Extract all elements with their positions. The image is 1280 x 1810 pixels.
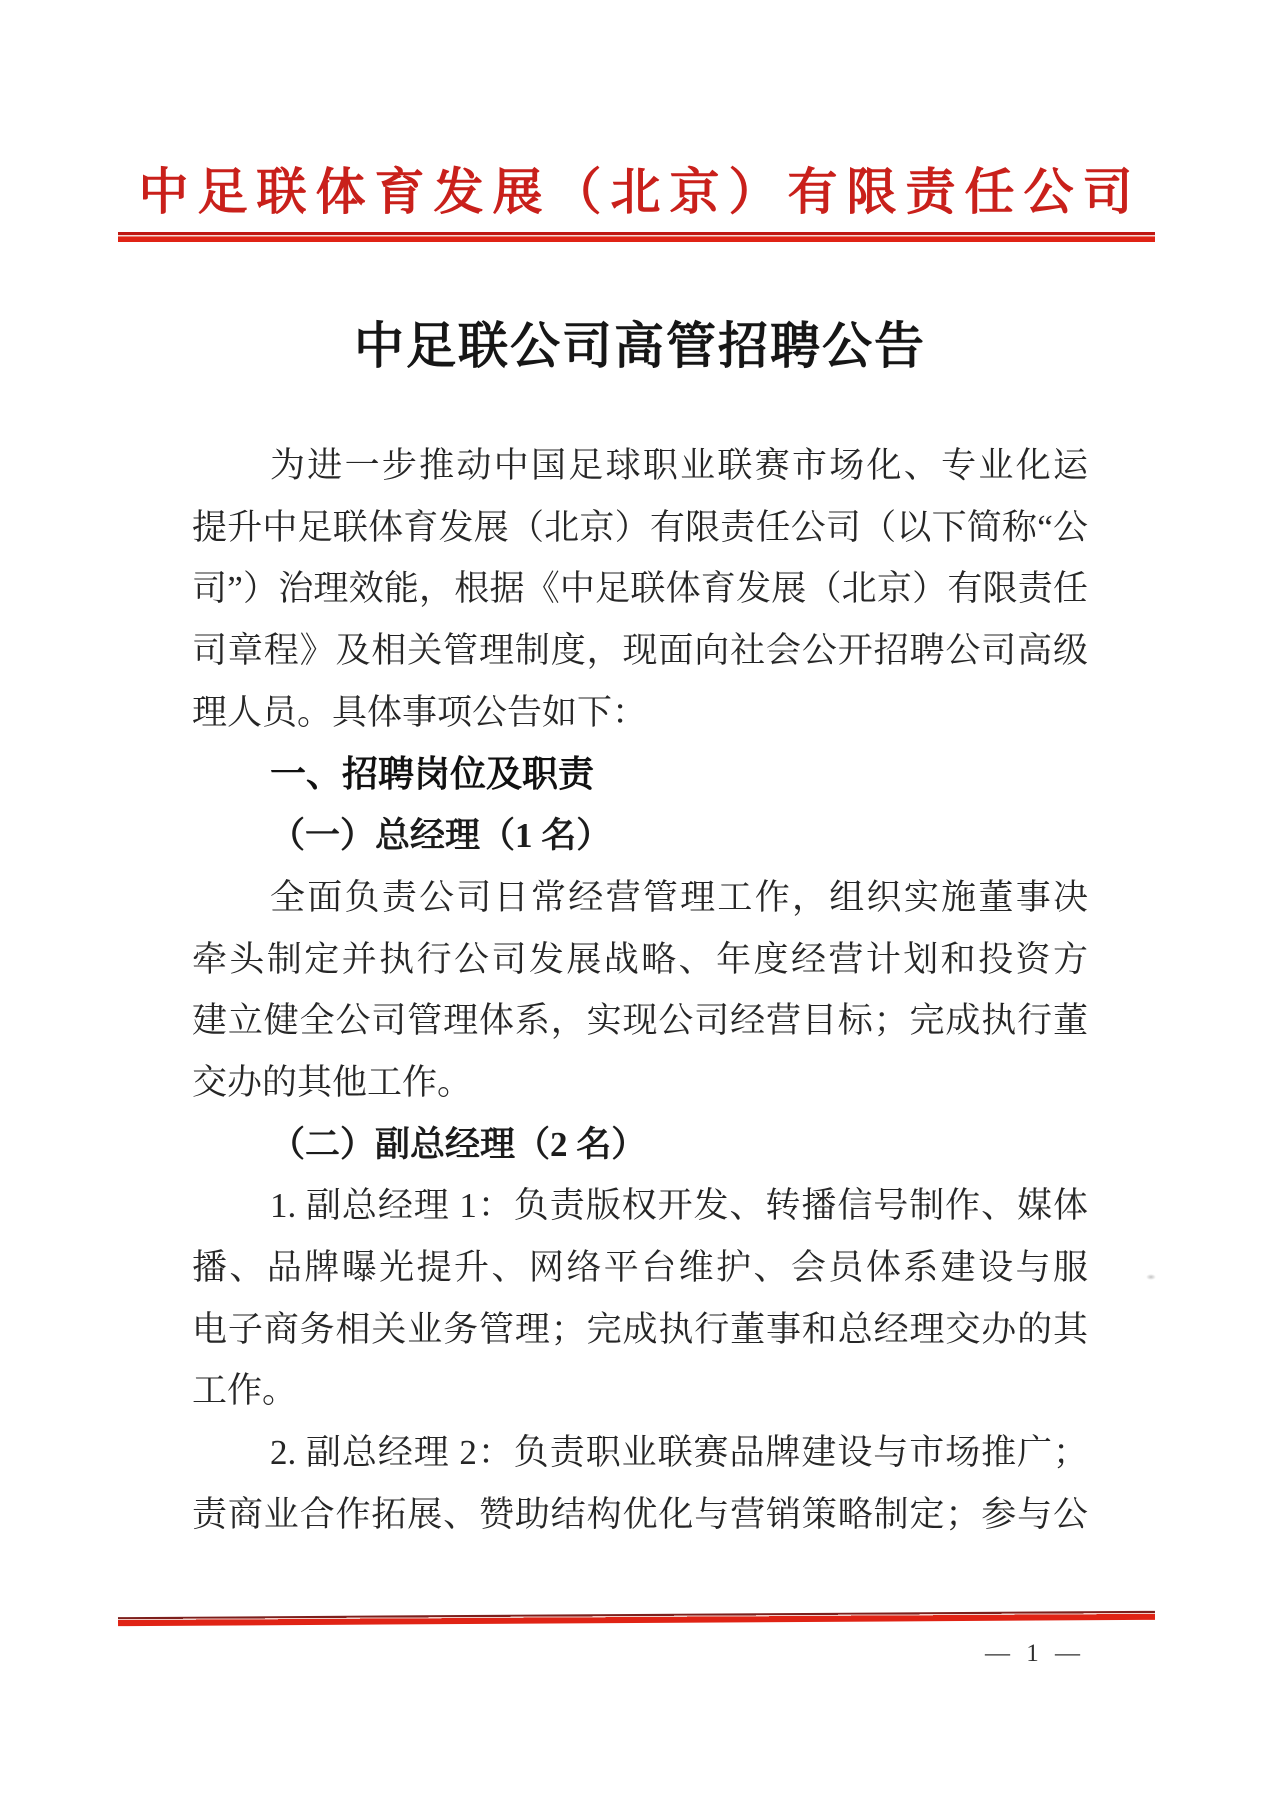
letterhead-red-rule: [118, 232, 1155, 242]
body-line: 责商业合作拓展、赞助结构优化与营销策略制定；参与公司: [192, 1484, 1088, 1546]
body-line: 建立健全公司管理体系，实现公司经营目标；完成执行董事: [192, 990, 1088, 1052]
body-line: 工作。: [192, 1360, 1088, 1422]
body-line: 2. 副总经理 2：负责职业联赛品牌建设与市场推广；负: [192, 1422, 1088, 1484]
body-line: 理人员。具体事项公告如下：: [192, 682, 1088, 744]
document-title: 中足联公司高管招聘公告: [0, 306, 1280, 378]
body-line: 交办的其他工作。: [192, 1052, 1088, 1114]
body-line: 为进一步推动中国足球职业联赛市场化、专业化运营，: [192, 435, 1088, 497]
body-line: 司”）治理效能，根据《中足联体育发展（北京）有限责任公: [192, 558, 1088, 620]
body-line: 播、品牌曝光提升、网络平台维护、会员体系建设与服务、: [192, 1237, 1088, 1299]
body-line: 司章程》及相关管理制度，现面向社会公开招聘公司高级管: [192, 620, 1088, 682]
body-line: 电子商务相关业务管理；完成执行董事和总经理交办的其他: [192, 1299, 1088, 1361]
document-page: 中足联体育发展（北京）有限责任公司 中足联公司高管招聘公告 为进一步推动中国足球…: [0, 0, 1280, 1810]
page-number: — 1 —: [960, 1640, 1110, 1668]
footer-red-rule: [118, 1611, 1155, 1626]
document-body: 为进一步推动中国足球职业联赛市场化、专业化运营， 提升中足联体育发展（北京）有限…: [192, 435, 1088, 1545]
body-line: 全面负责公司日常经营管理工作，组织实施董事决议，: [192, 867, 1088, 929]
body-line: 牵头制定并执行公司发展战略、年度经营计划和投资方案，: [192, 929, 1088, 991]
body-line: 1. 副总经理 1：负责版权开发、转播信号制作、媒体传: [192, 1175, 1088, 1237]
sub-heading-general-manager: （一）总经理（1 名）: [192, 805, 1088, 867]
body-line: 提升中足联体育发展（北京）有限责任公司（以下简称“公: [192, 497, 1088, 559]
letterhead-company-name: 中足联体育发展（北京）有限责任公司: [0, 152, 1280, 224]
scan-smudge: [1146, 1274, 1156, 1280]
section-heading: 一、招聘岗位及职责: [192, 743, 1088, 805]
sub-heading-deputy-general-manager: （二）副总经理（2 名）: [192, 1114, 1088, 1176]
